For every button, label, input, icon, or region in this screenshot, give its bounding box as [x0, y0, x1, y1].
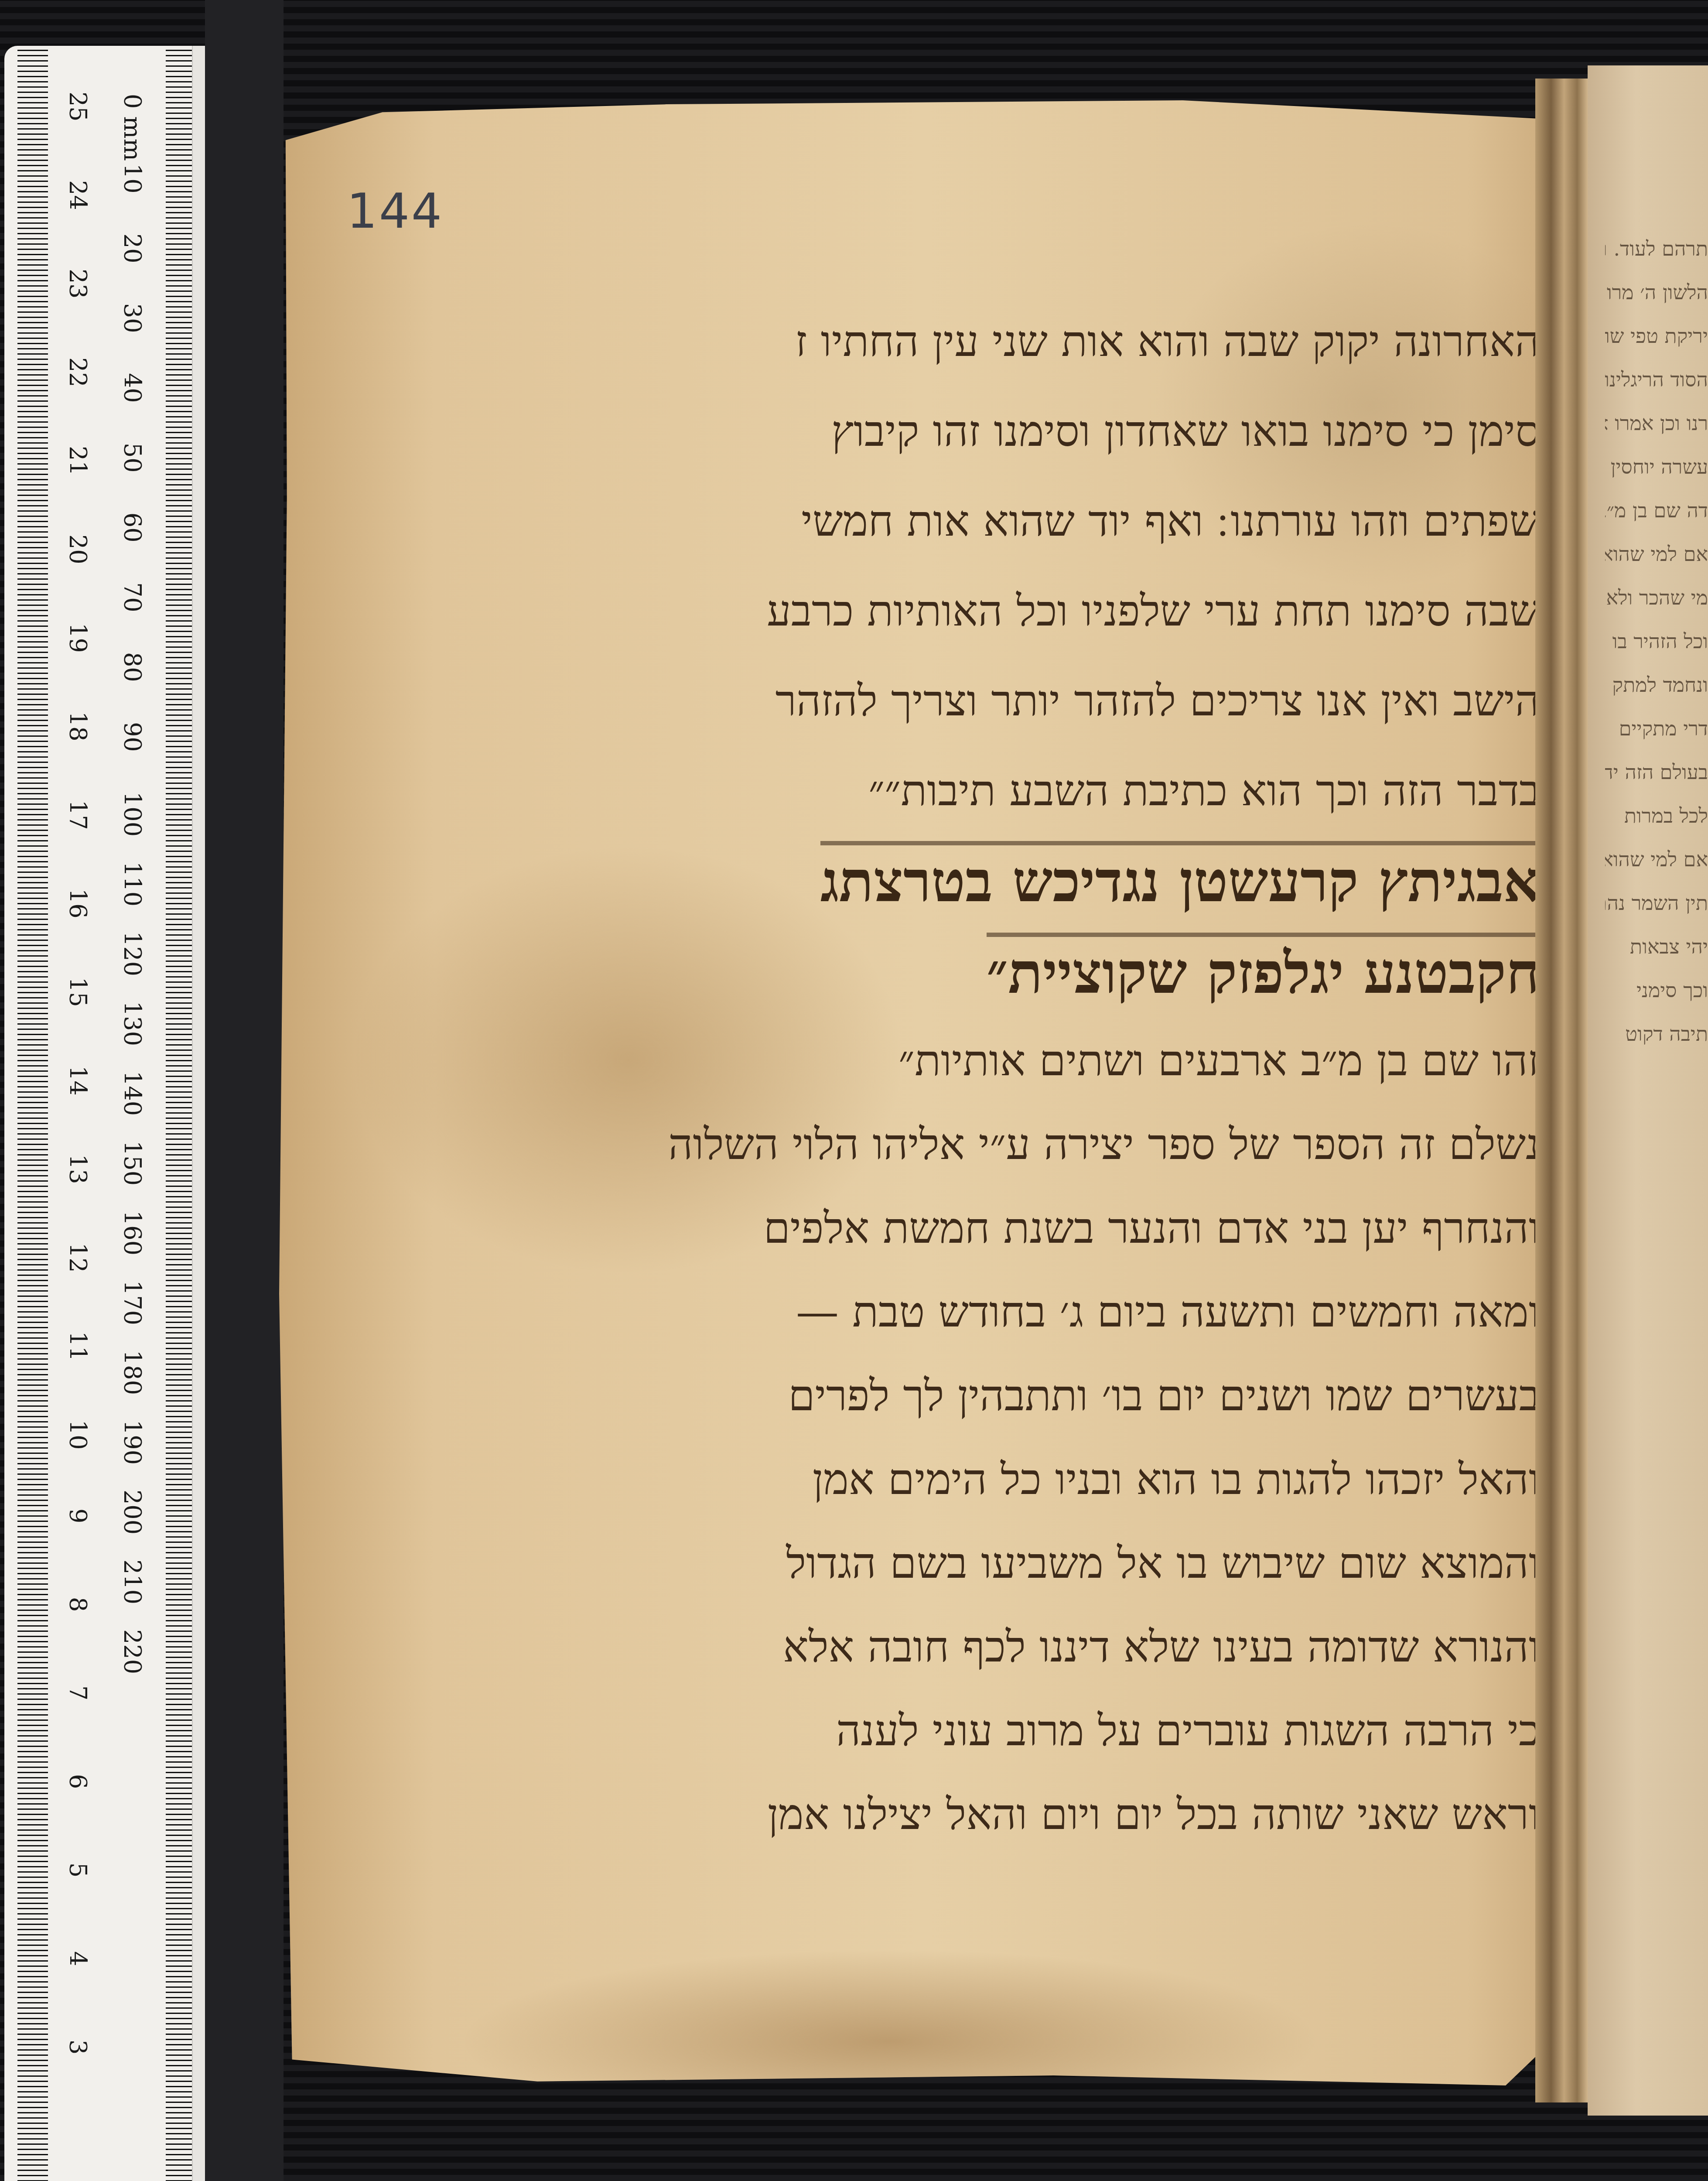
facing-page-text: תרהם לעוד. וגין אנוהלשון ה׳ מרו אנויריקת…: [1605, 227, 1708, 1056]
ruler-inch-label: 11: [64, 1331, 92, 1361]
text-line: הישב ואין אנו צריכים להזהר יותר וצריך לה…: [523, 656, 1540, 746]
ruler-mm-label: 60: [119, 513, 146, 543]
ruler-mm-ticks: [166, 46, 192, 2181]
facing-text-line: יריקת טפי שריף שן: [1605, 314, 1708, 358]
main-text-block: האחרונה יקוק שבה והוא אות שני עין החתיו …: [523, 297, 1540, 1856]
heading-text: חקבטנע יגלפזק שקוציית״: [987, 933, 1540, 1006]
ruler-inch-label: 17: [64, 800, 92, 830]
ruler-mm-label: 170: [119, 1280, 146, 1325]
ruler-inch-label: 21: [64, 446, 92, 476]
ruler-inch-label: 6: [64, 1774, 92, 1789]
ruler-mm-label: 90: [119, 722, 146, 752]
facing-text-line: אם למי שהוא: [1605, 838, 1708, 881]
ruler-mm-label: 140: [119, 1071, 146, 1116]
colophon-line: והמוצא שום שיבוש בו אל משביעו בשם הגדול: [523, 1521, 1540, 1605]
ruler-inch-label: 5: [64, 1863, 92, 1877]
ruler-mm-label: 30: [119, 303, 146, 333]
ruler-mm-label: 40: [119, 373, 146, 403]
ruler-inch-label: 24: [64, 180, 92, 210]
ruler-inch-label: 15: [64, 977, 92, 1007]
facing-text-line: הסוד הריגלינו: [1605, 358, 1708, 401]
ruler-inch-label: 22: [64, 357, 92, 387]
facing-text-line: מי שהכר ולא: [1605, 576, 1708, 619]
ruler-inch-label: 23: [64, 269, 92, 299]
ruler-inch-label: 18: [64, 711, 92, 742]
ruler-inch-label: 19: [64, 623, 92, 653]
ruler-mm-label: 120: [119, 931, 146, 976]
ruler-mm-label: 200: [119, 1490, 146, 1535]
ruler-mm-label: 220: [119, 1629, 146, 1674]
facing-text-line: בעולם הזה יהי: [1605, 750, 1708, 794]
facing-text-line: הלשון ה׳ מרו אנו: [1605, 270, 1708, 314]
text-line: סימן כי סימנו בואו שאחדון וסימנו זהו קיב…: [523, 386, 1540, 476]
ruler-inch-label: 25: [64, 92, 92, 122]
facing-text-line: יהי צבאות: [1605, 925, 1708, 968]
ruler-mm-label: 130: [119, 1001, 146, 1046]
ruler-inch-label: 3: [64, 2040, 92, 2055]
folio-number: 144: [347, 183, 444, 239]
colophon-line: וראש שאני שותה בכל יום ויום והאל יצילנו …: [523, 1773, 1540, 1856]
facing-text-line: תרהם לעוד. וגין אנו: [1605, 227, 1708, 270]
ruler-inch-label: 9: [64, 1508, 92, 1523]
facing-text-line: ונחמד למתק: [1605, 663, 1708, 707]
facing-text-line: לכל במרות: [1605, 794, 1708, 838]
ruler-inch-label: 14: [64, 1066, 92, 1096]
ruler-mm-label: 180: [119, 1350, 146, 1395]
text-line: שבה סימנו תחת ערי שלפניו וכל האותיות כרב…: [523, 566, 1540, 656]
heading-line: חקבטנע יגלפזק שקוציית״: [523, 927, 1540, 1019]
ruler-mm-label: 70: [119, 582, 146, 612]
ruler-mm-label: 150: [119, 1141, 146, 1186]
ruler-mm-label: 80: [119, 652, 146, 682]
colophon-line: כי הרבה השגות עוברים על מרוב עוני לענה: [523, 1689, 1540, 1773]
ruler-mm-label: 210: [119, 1559, 146, 1604]
colophon-line: והנורא שדומה בעינו שלא דיננו לכף חובה אל…: [523, 1605, 1540, 1689]
facing-text-line: וכל הזהיר בו: [1605, 619, 1708, 663]
ruler-mm-label: 100: [119, 792, 146, 837]
ruler-inch-label: 8: [64, 1597, 92, 1612]
facing-text-line: תין השמר נהם: [1605, 881, 1708, 925]
ruler-mm-label: 10: [119, 164, 146, 194]
ruler-inch-label: 13: [64, 1154, 92, 1184]
mounting-board: [205, 0, 284, 2181]
ruler-rail: [192, 46, 205, 2181]
measurement-ruler: 2524232221201918171615141312111098765430…: [4, 46, 205, 2181]
colophon: זהו שם בן מ״ב ארבעים ושתים אותיות״ נשלם …: [523, 1019, 1540, 1856]
text-line: שפתים וזהו עורתנו ׃ ואף יוד שהוא אות חמש…: [523, 476, 1540, 566]
facing-text-line: וכך סימני: [1605, 968, 1708, 1012]
body-paragraph: האחרונה יקוק שבה והוא אות שני עין החתיו …: [523, 297, 1540, 836]
colophon-line: בעשרים שמו ושנים יום בו׳ ותתבהין לך לפרי…: [523, 1354, 1540, 1438]
ruler-inch-label: 12: [64, 1243, 92, 1273]
text-line: בדבר הזה וכך הוא כתיבת השבע תיבות״״: [523, 746, 1540, 836]
facing-text-line: דה שם בן מ״ב: [1605, 489, 1708, 532]
heading-line: אבגיתץ קרעשטן נגדיכש בטרצתג: [523, 836, 1540, 927]
facing-text-line: תיבה דקוט: [1605, 1012, 1708, 1056]
ruler-inch-label: 10: [64, 1420, 92, 1450]
colophon-line: נשלם זה הספר של ספר יצירה ע״י אליהו הלוי…: [523, 1103, 1540, 1186]
ruler-inch-label: 7: [64, 1685, 92, 1700]
facing-text-line: אם למי שהוא עשא: [1605, 532, 1708, 576]
facing-text-line: עשרה יוחסין: [1605, 445, 1708, 489]
colophon-line: והאל יזכהו להגות בו הוא ובניו כל הימים א…: [523, 1438, 1540, 1521]
ruler-mm-label: 20: [119, 233, 146, 263]
ruler-mm-label: 0 mm: [119, 94, 146, 161]
facing-text-line: רנו וכן אמרו אתו: [1605, 401, 1708, 445]
ruler-mm-label: 50: [119, 443, 146, 473]
ruler-inch-ticks: [17, 46, 48, 2181]
ruler-inch-label: 20: [64, 534, 92, 564]
colophon-line: זהו שם בן מ״ב ארבעים ושתים אותיות״: [523, 1019, 1540, 1103]
divine-name-heading: אבגיתץ קרעשטן נגדיכש בטרצתג חקבטנע יגלפז…: [523, 836, 1540, 1019]
ruler-mm-label: 110: [119, 861, 146, 906]
facing-text-line: דרי מתקיים: [1605, 707, 1708, 750]
ruler-mm-label: 160: [119, 1210, 146, 1255]
ruler-inch-label: 4: [64, 1951, 92, 1966]
text-line: האחרונה יקוק שבה והוא אות שני עין החתיו …: [523, 297, 1540, 386]
ruler-inch-label: 16: [64, 889, 92, 919]
heading-text: אבגיתץ קרעשטן נגדיכש בטרצתג: [820, 841, 1540, 915]
book-gutter: [1535, 79, 1588, 2102]
colophon-line: ומאה וחמשים ותשעה ביום ג׳ בחודש טבת —: [523, 1270, 1540, 1354]
colophon-line: והנחרף יען בני אדם והנער בשנת חמשת אלפים: [523, 1186, 1540, 1270]
ruler-mm-label: 190: [119, 1420, 146, 1465]
